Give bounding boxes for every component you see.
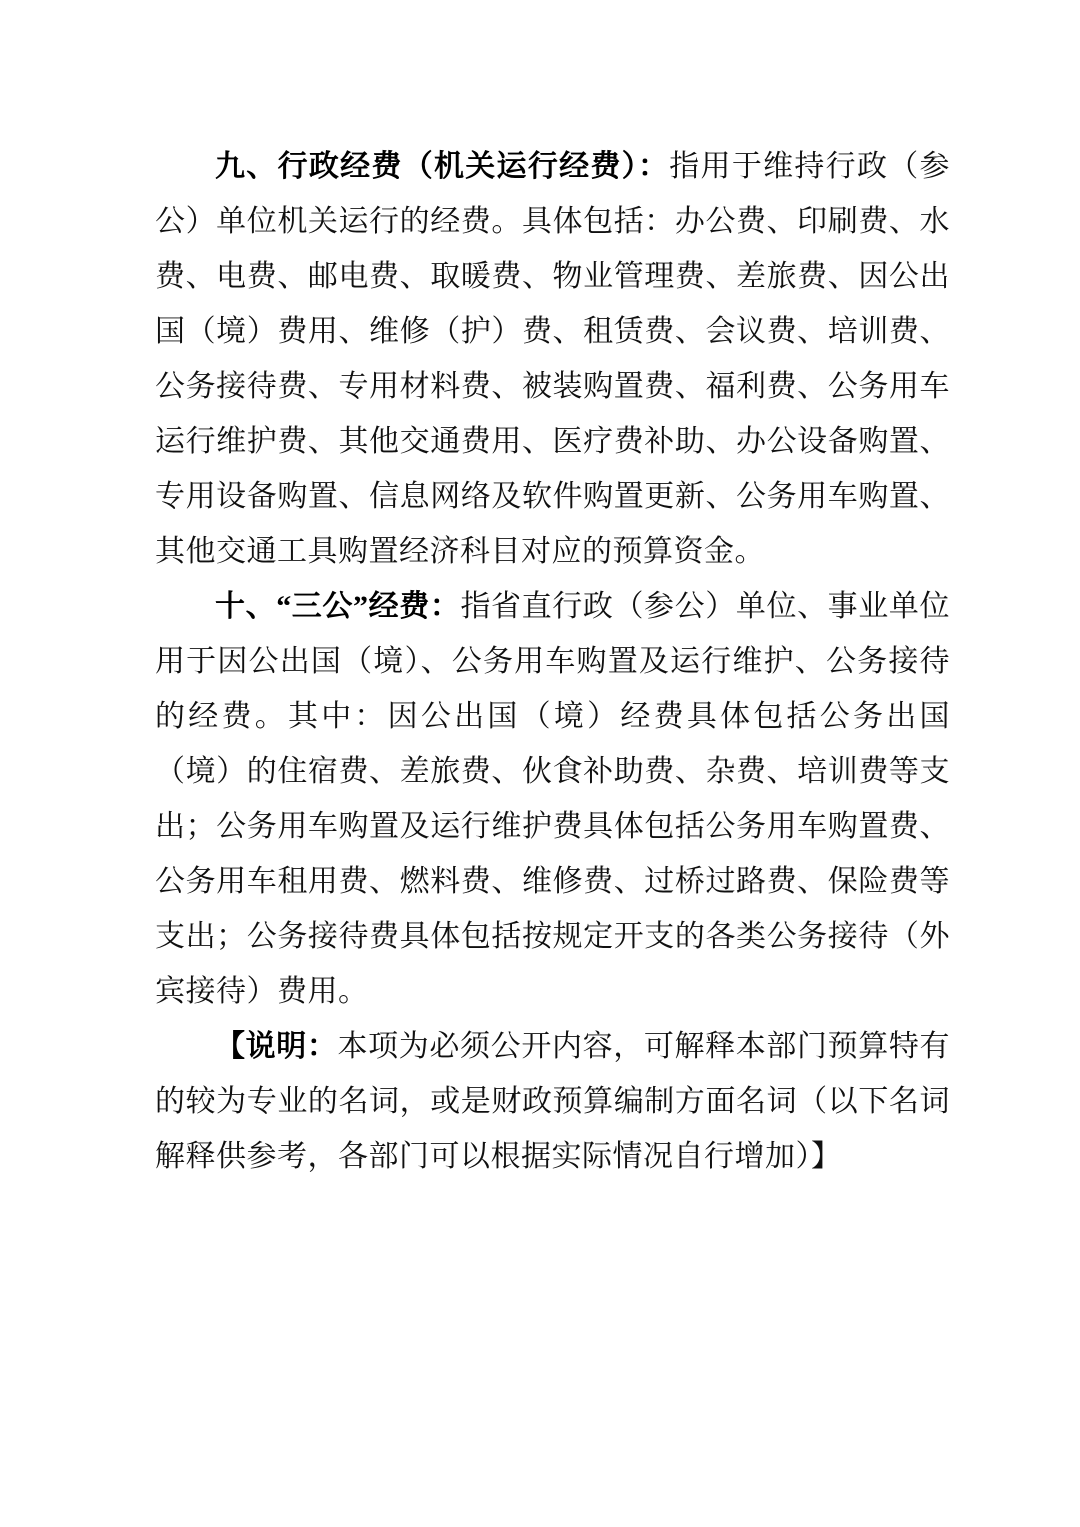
paragraph-editorial-note: 【说明：本项为必须公开内容，可解释本部门预算特有的较为专业的名词，或是财政预算编…	[155, 1019, 950, 1184]
document-text-block: 九、行政经费（机关运行经费）：指用于维持行政（参公）单位机关运行的经费。具体包括…	[155, 139, 950, 1184]
paragraph-editorial-note-heading: 【说明：	[215, 1030, 338, 1063]
paragraph-three-public-expenses: 十、“三公”经费：指省直行政（参公）单位、事业单位用于因公出国（境）、公务用车购…	[155, 579, 950, 1019]
paragraph-three-public-expenses-heading: 十、“三公”经费：	[215, 590, 460, 623]
document-page: 九、行政经费（机关运行经费）：指用于维持行政（参公）单位机关运行的经费。具体包括…	[0, 0, 1080, 1527]
paragraph-administrative-expenses: 九、行政经费（机关运行经费）：指用于维持行政（参公）单位机关运行的经费。具体包括…	[155, 139, 950, 579]
paragraph-three-public-expenses-text: 指省直行政（参公）单位、事业单位用于因公出国（境）、公务用车购置及运行维护、公务…	[155, 590, 950, 1008]
paragraph-administrative-expenses-text: 指用于维持行政（参公）单位机关运行的经费。具体包括：办公费、印刷费、水费、电费、…	[155, 150, 950, 568]
paragraph-administrative-expenses-heading: 九、行政经费（机关运行经费）：	[215, 150, 669, 183]
